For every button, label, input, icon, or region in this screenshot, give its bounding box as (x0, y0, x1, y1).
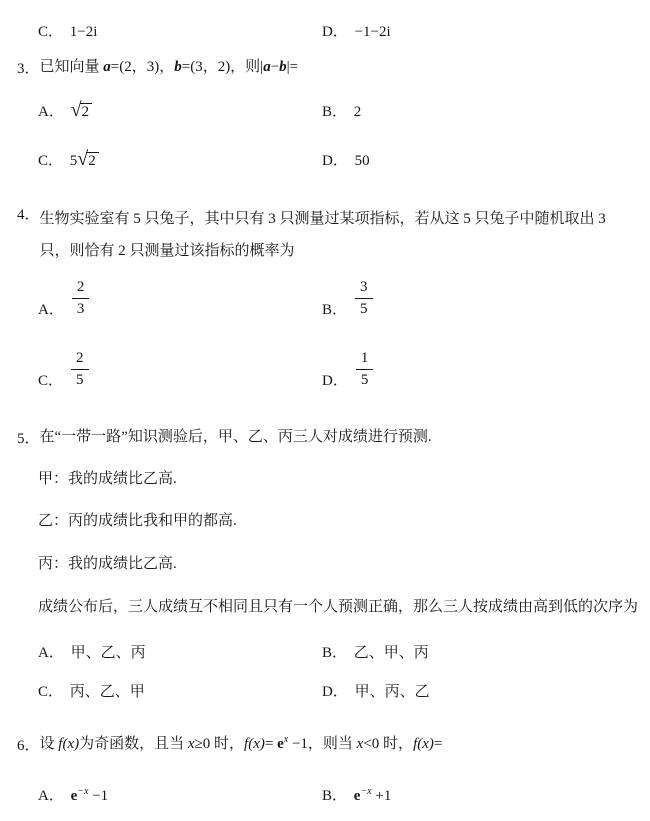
option-label: C． (38, 24, 63, 40)
option-label: C． (38, 371, 63, 391)
stem-text: 设 (40, 736, 59, 752)
fraction-numerator: 2 (71, 349, 89, 370)
question-number: 5． (17, 427, 40, 448)
option-label: A． (38, 300, 64, 320)
question4-option-a: A． 23 (38, 278, 322, 320)
question-4-stem: 4． 生物实验室有 5 只兔子，其中只有 3 只测量过某项指标，若从这 5 只兔… (0, 203, 650, 267)
sqrt-expression: 2 (77, 153, 98, 169)
option-value-tail: +1 (372, 788, 392, 804)
function-fx: f(x) (244, 736, 265, 752)
fraction-denominator: 5 (360, 299, 368, 319)
variable-x: x (188, 736, 195, 752)
option-label: A． (38, 788, 64, 804)
option-label: C． (38, 684, 63, 700)
exponent: −x (77, 786, 88, 797)
question4-options-row-cd: C． 25 D． 15 (0, 349, 650, 391)
question-number: 4． (17, 203, 40, 267)
question-text: 设 f(x)为奇函数，且当 x≥0 时，f(x)= ex −1，则当 x<0 时… (40, 734, 636, 755)
question3-option-b: B． 2 (322, 102, 361, 122)
question5-option-b: B． 乙、甲、丙 (322, 643, 429, 663)
stem-text: =(2，3)， (111, 59, 174, 75)
fraction-numerator: 3 (355, 278, 373, 299)
option-label: B． (322, 104, 347, 120)
question-3-stem: 3． 已知向量 a=(2，3)，b=(3，2)，则|a−b|= (0, 57, 650, 78)
option-label: C． (38, 153, 63, 169)
question5-option-d: D． 甲、丙、乙 (322, 682, 430, 702)
fraction-numerator: 2 (72, 278, 90, 299)
minus-sign: − (271, 59, 279, 75)
fraction: 23 (72, 278, 90, 319)
question-number: 6． (17, 734, 40, 755)
question4-option-b: B． 35 (322, 278, 373, 320)
option-value: 1−2i (70, 24, 98, 40)
stem-text: =(3，2)，则| (182, 59, 263, 75)
option-label: A． (38, 104, 64, 120)
radicand: 2 (80, 103, 93, 121)
option-label: B． (322, 645, 347, 661)
stem-text: <0 时， (363, 736, 413, 752)
question5-option-c: C． 丙、乙、甲 (38, 682, 322, 702)
question5-options-row-ab: A． 甲、乙、丙 B． 乙、甲、丙 (0, 643, 650, 663)
stem-text: ≥0 时， (195, 736, 244, 752)
question3-option-c: C． 52 (38, 149, 322, 171)
exponent: −x (360, 786, 371, 797)
vector-a: a (103, 59, 111, 75)
question2-option-d: D． −1−2i (322, 22, 391, 42)
exam-paper-page: C． 1−2i D． −1−2i 3． 已知向量 a=(2，3)，b=(3，2)… (0, 0, 650, 821)
question2-option-c: C． 1−2i (38, 22, 322, 42)
question5-statement-conclusion: 成绩公布后，三人成绩互不相同且只有一个人预测正确，那么三人按成绩由高到低的次序为 (0, 597, 650, 617)
question6-option-b: B． e−x +1 (322, 786, 391, 806)
question3-option-d: D． 50 (322, 151, 370, 171)
question3-options-row-ab: A． 2 B． 2 (0, 100, 650, 122)
option-label: A． (38, 645, 64, 661)
function-fx: f(x) (413, 736, 434, 752)
question4-option-d: D． 15 (322, 349, 373, 391)
fraction-denominator: 5 (361, 370, 369, 390)
function-fx: f(x) (58, 736, 79, 752)
vector-a: a (263, 59, 271, 75)
question6-options-row-ab: A． e−x −1 B． e−x +1 (0, 786, 650, 806)
stem-text: |= (287, 59, 298, 75)
question6-option-a: A． e−x −1 (38, 786, 322, 806)
option-label: D． (322, 153, 348, 169)
option-value: 2 (354, 104, 362, 120)
euler-e: e (277, 736, 284, 752)
option-label: D． (322, 24, 348, 40)
option-value: 甲、乙、丙 (71, 645, 146, 661)
question-text: 生物实验室有 5 只兔子，其中只有 3 只测量过某项指标，若从这 5 只兔子中随… (40, 203, 636, 267)
question-text: 已知向量 a=(2，3)，b=(3，2)，则|a−b|= (40, 57, 636, 78)
option-value: 甲、丙、乙 (355, 684, 430, 700)
question-6-stem: 6． 设 f(x)为奇函数，且当 x≥0 时，f(x)= ex −1，则当 x<… (0, 734, 650, 755)
option-value-tail: −1 (88, 788, 108, 804)
question5-statement-yi: 乙：丙的成绩比我和甲的都高. (0, 511, 650, 531)
question4-options-row-ab: A． 23 B． 35 (0, 278, 650, 320)
option-value: 50 (355, 153, 370, 169)
option-label: D． (322, 684, 348, 700)
question5-option-a: A． 甲、乙、丙 (38, 643, 322, 663)
fraction-numerator: 1 (356, 349, 374, 370)
stem-text: 为奇函数，且当 (79, 736, 188, 752)
vector-b: b (279, 59, 287, 75)
vector-b: b (174, 59, 182, 75)
fraction: 25 (71, 349, 89, 390)
fraction: 35 (355, 278, 373, 319)
stem-text: = (265, 736, 277, 752)
radicand: 2 (86, 152, 99, 170)
question3-option-a: A． 2 (38, 100, 322, 122)
option-label: B． (322, 788, 347, 804)
question5-statement-jia: 甲：我的成绩比乙高. (0, 469, 650, 489)
stem-text: −1，则当 (288, 736, 356, 752)
option-value: 丙、乙、甲 (70, 684, 145, 700)
fraction: 15 (356, 349, 374, 390)
option-label: D． (322, 371, 348, 391)
question-number: 3． (17, 57, 40, 78)
stem-text: 已知向量 (40, 59, 104, 75)
question5-options-row-cd: C． 丙、乙、甲 D． 甲、丙、乙 (0, 682, 650, 702)
sqrt-expression: 2 (71, 104, 92, 120)
question2-options-row-cd: C． 1−2i D． −1−2i (0, 22, 650, 42)
fraction-denominator: 3 (77, 299, 85, 319)
question5-statement-bing: 丙：我的成绩比乙高. (0, 554, 650, 574)
fraction-denominator: 5 (76, 370, 84, 390)
option-value: −1−2i (355, 24, 391, 40)
option-label: B． (322, 300, 347, 320)
question4-option-c: C． 25 (38, 349, 322, 391)
option-value: 乙、甲、丙 (354, 645, 429, 661)
stem-text: = (434, 736, 442, 752)
question-5-stem: 5． 在“一带一路”知识测验后，甲、乙、丙三人对成绩进行预测. (0, 427, 650, 448)
question-text: 在“一带一路”知识测验后，甲、乙、丙三人对成绩进行预测. (40, 427, 636, 448)
question3-options-row-cd: C． 52 D． 50 (0, 149, 650, 171)
